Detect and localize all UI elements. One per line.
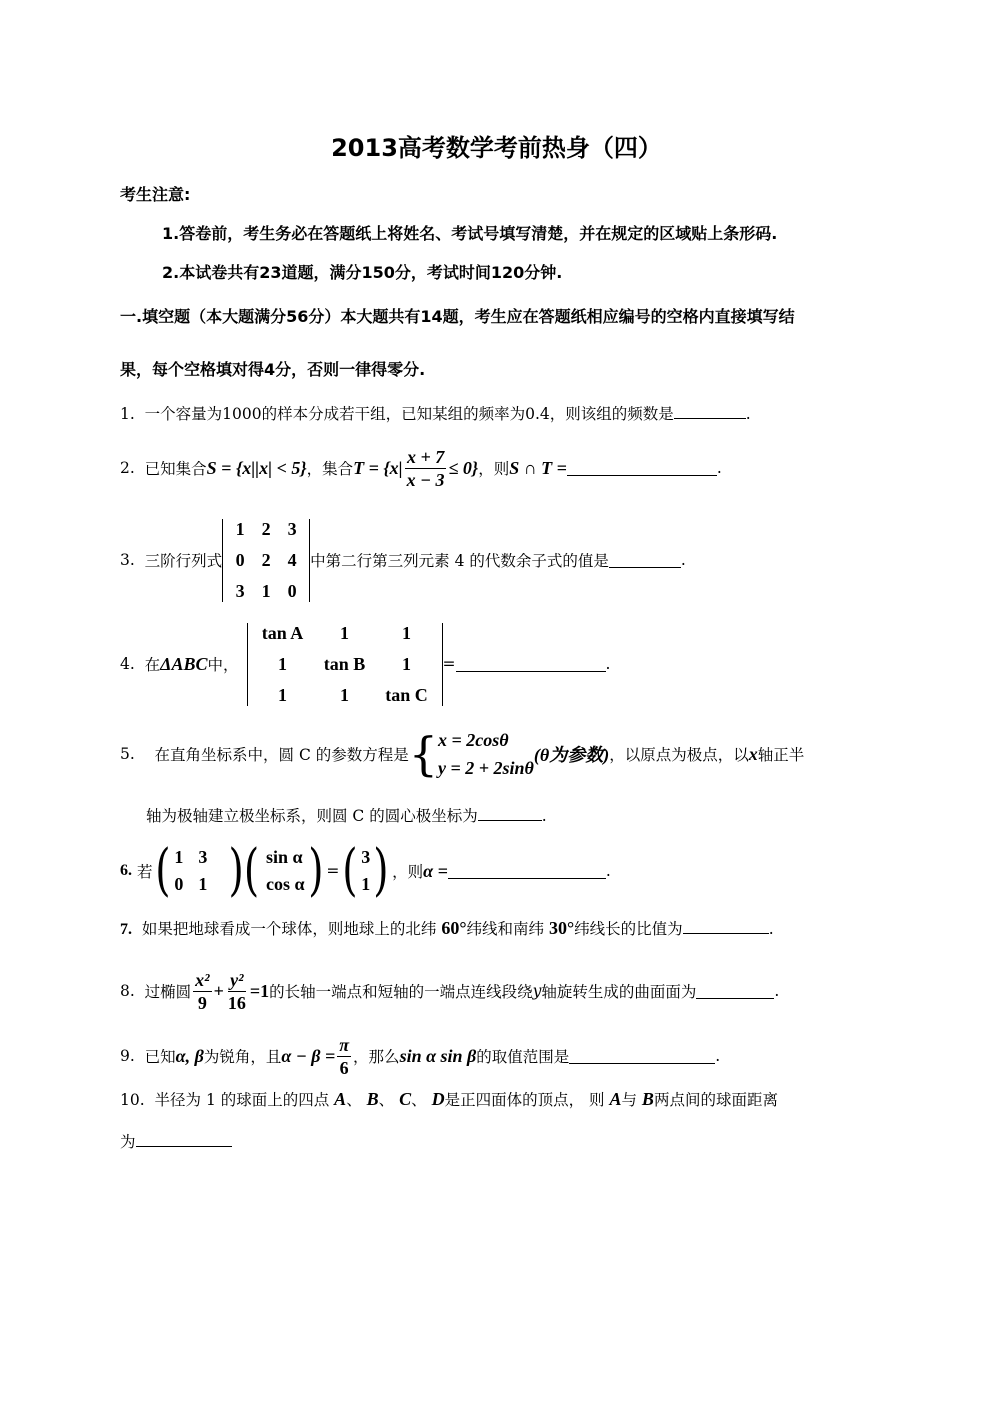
question-10-line2: 为 bbox=[120, 1130, 232, 1152]
determinant-tan: tan A11 1tan B1 11tan C bbox=[247, 623, 443, 706]
answer-blank-2[interactable] bbox=[567, 461, 717, 476]
answer-blank-10[interactable] bbox=[136, 1132, 232, 1147]
question-8: 8. 过椭圆 x²9 + y²16 =1 的长轴一端点和短轴的一端点连线段绕y轴… bbox=[120, 963, 779, 1019]
answer-blank-5[interactable] bbox=[478, 806, 542, 821]
determinant-3x3: 123 024 310 bbox=[222, 519, 310, 602]
page-title: 2013高考数学考前热身（四） bbox=[0, 128, 993, 163]
question-2: 2. 已知集合 S = {x||x| < 5} ，集合 T = {x| x + … bbox=[120, 440, 722, 496]
notice-item-2: 2.本试卷共有23道题，满分150分，考试时间120分钟. bbox=[162, 260, 562, 283]
answer-blank-3[interactable] bbox=[609, 553, 681, 568]
question-5-line2: 轴为极轴建立极坐标系，则圆 C 的圆心极坐标为. bbox=[146, 804, 547, 826]
answer-blank-9[interactable] bbox=[569, 1049, 715, 1064]
answer-blank-1[interactable] bbox=[674, 404, 746, 419]
question-4: 4. 在 ΔABC中， tan A11 1tan B1 11tan C =. bbox=[120, 620, 610, 708]
answer-blank-4[interactable] bbox=[456, 657, 606, 672]
section-heading-line1: 一.填空题（本大题满分56分）本大题共有14题，考生应在答题纸相应编号的空格内直… bbox=[120, 304, 795, 327]
answer-blank-8[interactable] bbox=[696, 984, 774, 999]
question-7: 7. 如果把地球看成一个球体，则地球上的北纬 60°纬线和南纬 30°纬线长的比… bbox=[120, 917, 774, 939]
question-5: 5. 在直角坐标系中，圆 C 的参数方程是 { x = 2cosθy = 2 +… bbox=[120, 725, 804, 783]
answer-blank-6[interactable] bbox=[448, 864, 606, 879]
question-6: 6. 若 ( 13 01 )( sin αcos α )=( 31 ) ，则α … bbox=[120, 843, 611, 899]
section-heading-line2: 果，每个空格填对得4分，否则一律得零分. bbox=[120, 357, 425, 380]
notice-heading: 考生注意: bbox=[120, 182, 190, 205]
question-3: 3. 三阶行列式 123 024 310 中第二行第三列元素 4 的代数余子式的… bbox=[120, 517, 686, 603]
answer-blank-7[interactable] bbox=[683, 919, 769, 934]
question-1: 1. 一个容量为1000的样本分成若干组，已知某组的频率为0.4，则该组的频数是… bbox=[120, 402, 751, 424]
question-9: 9. 已知 α, β为锐角，且 α − β = π6 ，那么sin α sin … bbox=[120, 1030, 720, 1082]
notice-item-1: 1.答卷前，考生务必在答题纸上将姓名、考试号填写清楚，并在规定的区域贴上条形码. bbox=[162, 221, 777, 244]
question-10: 10. 半径为 1 的球面上的四点 A、 B、 C、 D是正四面体的顶点， 则 … bbox=[120, 1088, 778, 1110]
